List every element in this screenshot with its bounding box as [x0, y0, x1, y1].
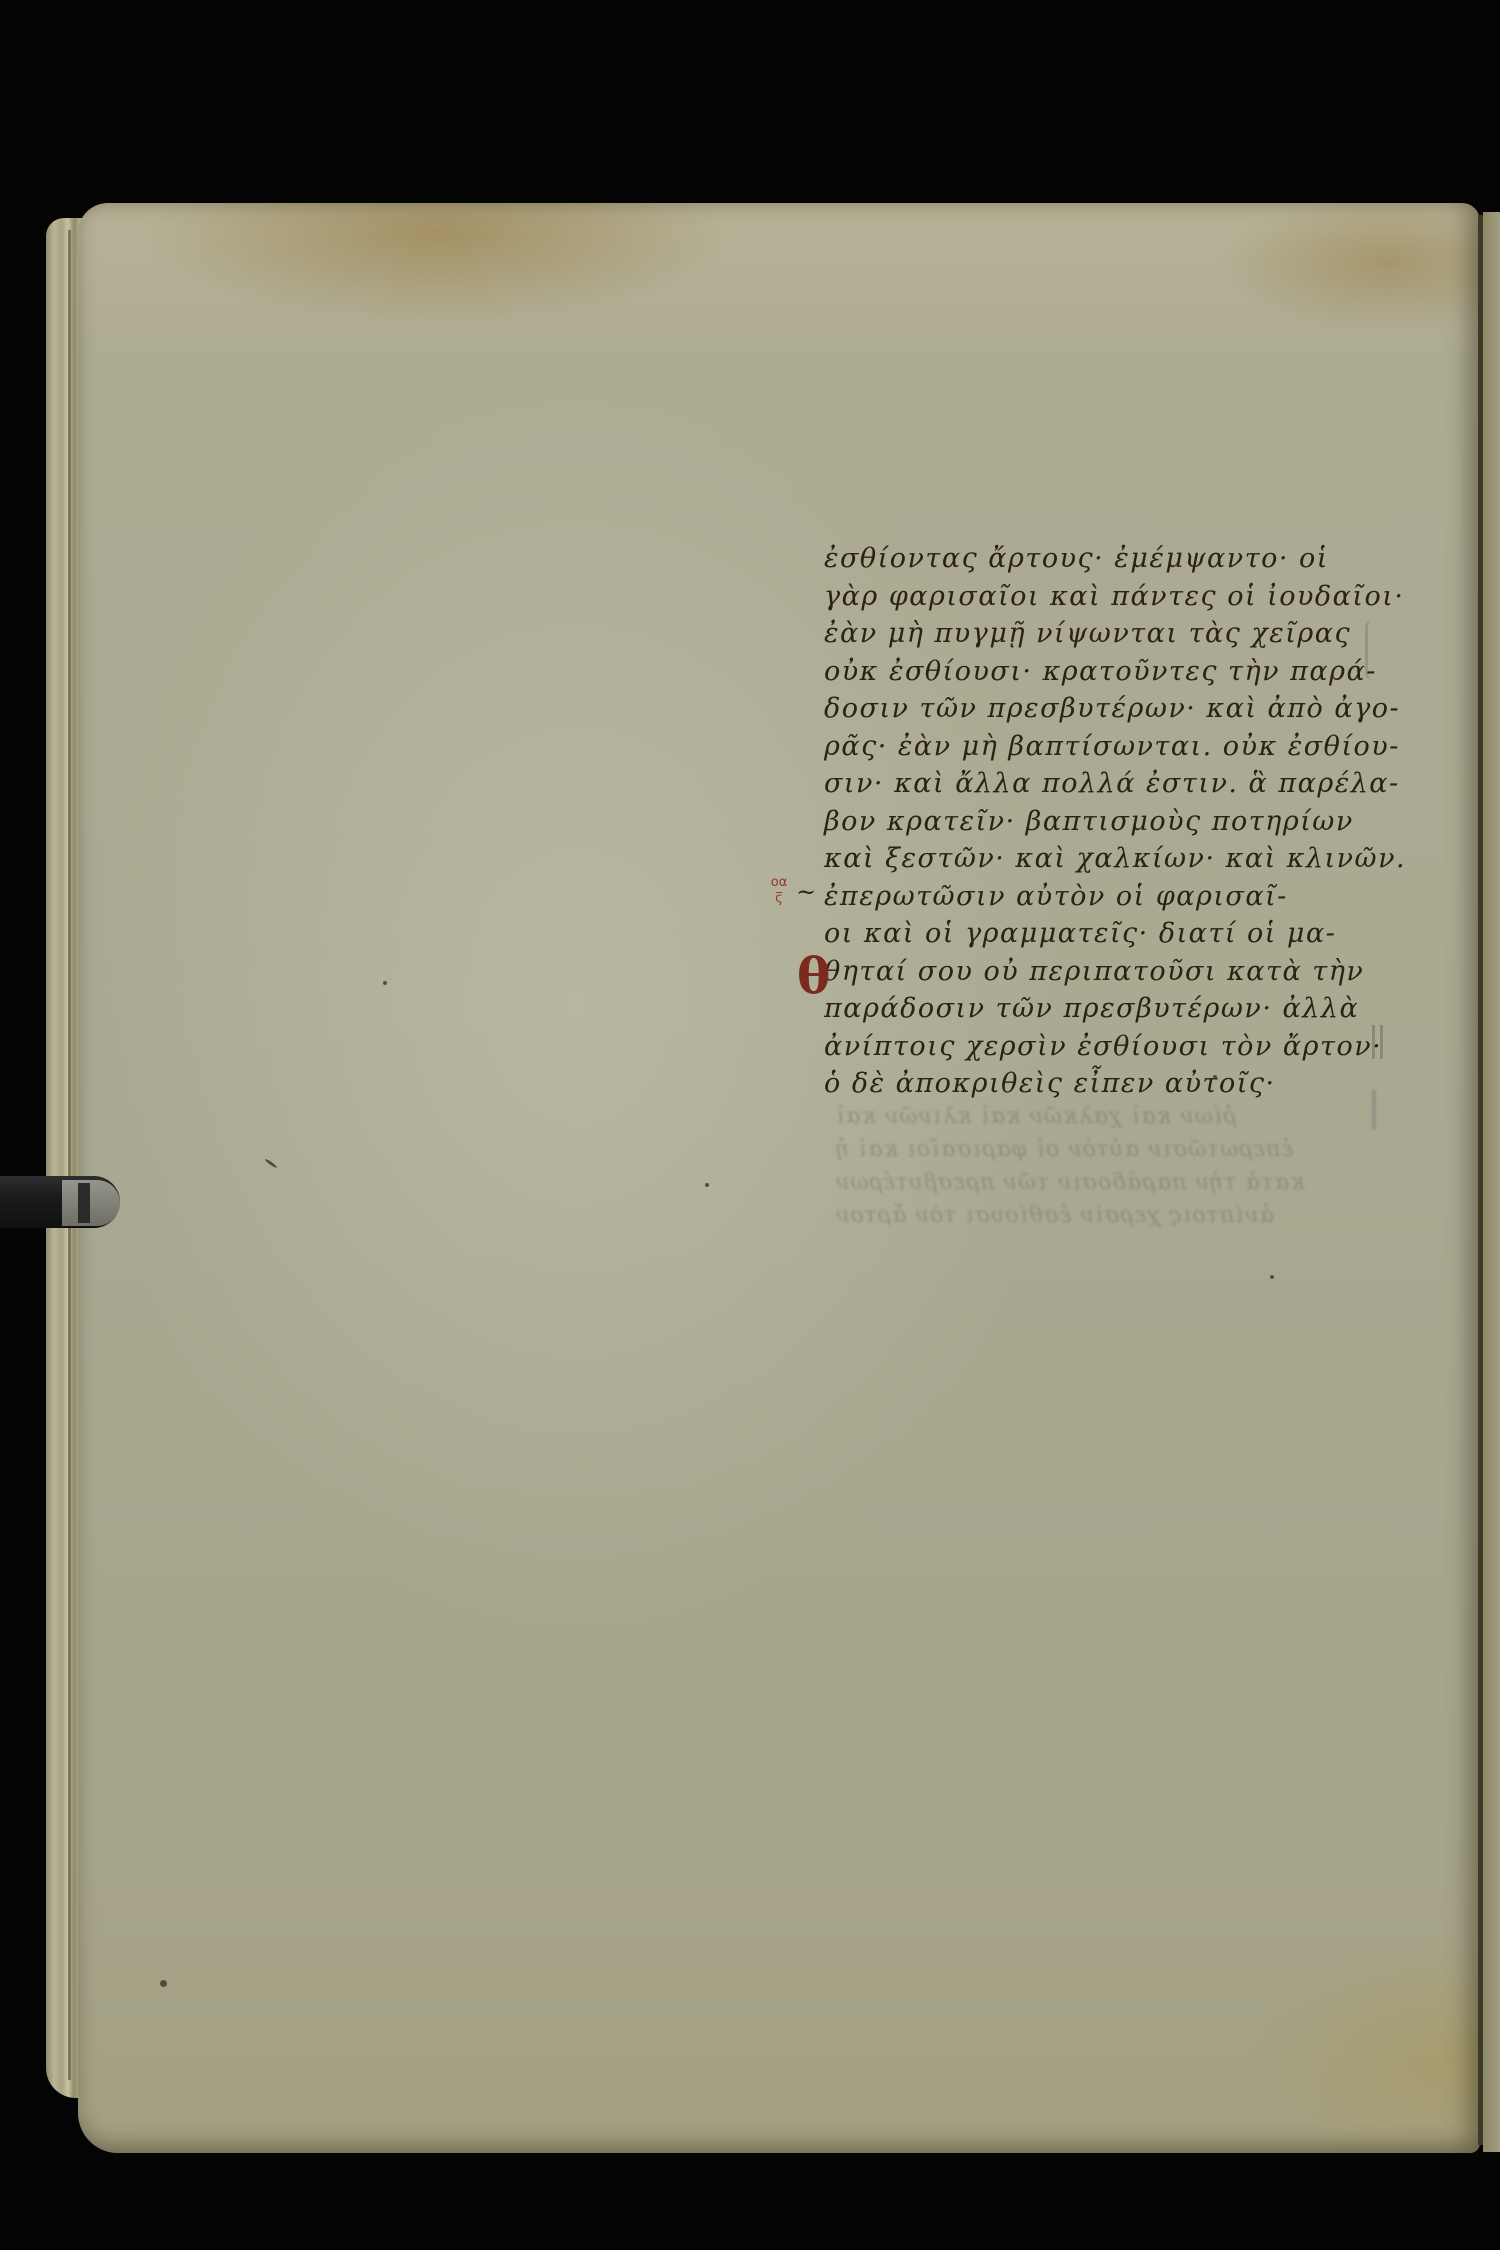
page-marker-tip: [62, 1180, 120, 1226]
text-line: ὁ δὲ ἀποκριθεὶς εἶπεν αὐτοῖς·: [824, 1065, 1384, 1103]
text-line: γὰρ φαρισαῖοι καὶ πάντες οἱ ἰουδαῖοι·: [824, 578, 1384, 616]
text-line: ἀνίπτοις χερσὶν ἐσθίουσι τὸν ἄρτον·: [824, 1028, 1384, 1066]
text-line: οι καὶ οἱ γραμματεῖς· διατί οἱ μα-: [824, 915, 1384, 953]
adjacent-leaf-edge: [1483, 212, 1500, 2152]
ghost-line: κατὰ τὴν παράδοσιν τῶν πρεσβυτέρων: [835, 1166, 1395, 1199]
margin-note-line: οα: [768, 875, 790, 891]
parchment-speck: [705, 1183, 709, 1187]
text-line: παράδοσιν τῶν πρεσβυτέρων· ἀλλὰ: [824, 990, 1384, 1028]
text-line: θηταί σου οὐ περιπατοῦσι κατὰ τὴν: [824, 953, 1384, 991]
parchment-speck: [1213, 1075, 1217, 1079]
margin-note-line: ς̅: [768, 891, 790, 907]
text-line: καὶ ξεστῶν· καὶ χαλκίων· καὶ κλινῶν.: [824, 840, 1384, 878]
page-marker-band: [78, 1183, 90, 1223]
manuscript-text-block: ἐσθίοντας ἄρτους· ἐμέμψαντο· οἱ γὰρ φαρι…: [824, 540, 1384, 1103]
rubric-margin-note: οα ς̅: [768, 875, 790, 907]
parchment-speck: [1270, 1275, 1274, 1279]
text-line: βον κρατεῖν· βαπτισμοὺς ποτηρίων: [824, 803, 1384, 841]
text-line: ἐσθίοντας ἄρτους· ἐμέμψαντο· οἱ: [824, 540, 1384, 578]
text-line: σιν· καὶ ἄλλα πολλά ἐστιν. ἃ παρέλα-: [824, 765, 1384, 803]
text-line: ἐπερωτῶσιν αὐτὸν οἱ φαρισαῖ-: [824, 878, 1384, 916]
ghost-line: ἐπερωτῶσιν αὐτὸν οἱ φαρισαῖοι καὶ ἡ: [835, 1133, 1395, 1166]
ghost-line: ἀνίπτοις χερσὶν ἐσθίουσι τὸν ἄρτον: [835, 1199, 1395, 1232]
text-line: οὐκ ἐσθίουσι· κρατοῦντες τὴν παρά-: [824, 653, 1384, 691]
tilde-mark: ~: [796, 878, 816, 906]
ghost-line: ῥίων καὶ χαλκῶν καὶ κλινῶν καὶ: [835, 1100, 1395, 1133]
page-edge-line: [68, 230, 71, 2080]
text-line: ἐὰν μὴ πυγμῇ νίψωνται τὰς χεῖρας: [824, 615, 1384, 653]
bleed-through-text: ῥίων καὶ χαλκῶν καὶ κλινῶν καὶ ἐπερωτῶσι…: [835, 1100, 1395, 1232]
parchment-speck: [383, 981, 387, 985]
red-initial-letter: θ: [797, 948, 830, 1004]
text-line: ρᾶς· ἐὰν μὴ βαπτίσωνται. οὐκ ἐσθίου-: [824, 728, 1384, 766]
parchment-speck: [160, 1980, 167, 1987]
text-line: δοσιν τῶν πρεσβυτέρων· καὶ ἀπὸ ἀγο-: [824, 690, 1384, 728]
